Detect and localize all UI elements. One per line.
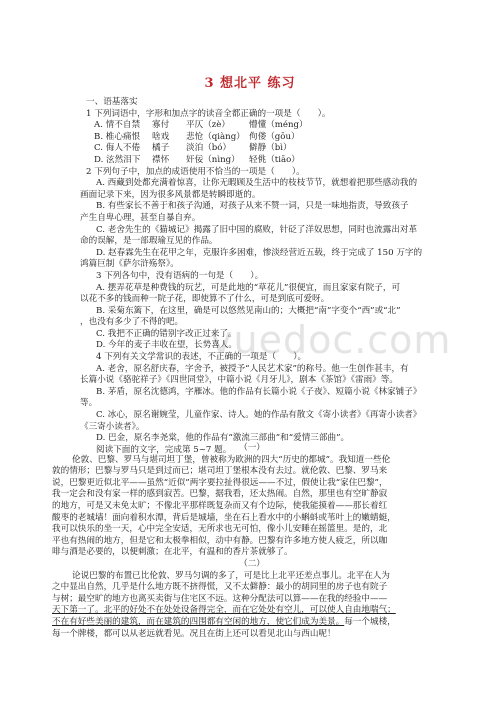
question-2-stem: 2 下列句子中，加点的成语使用不恰当的一项是（ ）。 bbox=[86, 167, 406, 179]
question-2-line: C. 老舍先生的《猫城记》揭露了旧中国的腐败，针砭了洋奴思想，同时也流露出对革 bbox=[86, 225, 406, 237]
passage-line: 伦敦、巴黎、罗马与堪司坦丁堡，曾被称为欧洲的四大“历史的都城”。我知道一些伦 bbox=[52, 455, 452, 467]
passage-part-2-label: （二） bbox=[52, 559, 452, 571]
question-3-line: B. 采菊东篱下，在这里，确是可以悠然见南山的；大概把“南”字变个“西”或“北” bbox=[86, 306, 406, 318]
question-2-line: 鸿篇巨制《萨尔浒殇祭》。 bbox=[80, 259, 406, 271]
question-2-line: 产生自卑心理，甚至自暴自弃。 bbox=[80, 213, 406, 225]
question-1-stem: 1 下列词语中，字形和加点字的读音全都正确的一项是（ ）。 bbox=[86, 109, 406, 121]
question-4-line: A. 老舍，原名舒庆春，字舍予，被授予“人民艺术家”的称号。他一生创作甚丰，有 bbox=[86, 364, 406, 376]
passage-line: 啡与酒是必要的，以便刺激；在北平，有温和的香片茶就够了。 bbox=[52, 547, 452, 559]
question-3-line: A. 摆弄花草是种费钱的玩艺，可是此地的“草花儿”很便宜，而且家家有院子，可 bbox=[86, 283, 406, 295]
page-title: 3 想北平 练习 bbox=[0, 72, 500, 91]
passage-line: 不在有好些美丽的建筑，而在建筑的四围都有空闲的地方，使它们成为美景。每一个城楼， bbox=[52, 617, 452, 629]
passage-part-1-label: （一） bbox=[52, 443, 452, 455]
passage-line: 平也有热闹的地方，但是它和太极拳相似，动中有静。巴黎有许多地方使人疲乏，所以咖 bbox=[52, 536, 452, 548]
passage-line: 说，巴黎更近似北平——虽然“近似”两字要拉扯得很远——不过，假使让我“家住巴黎”… bbox=[52, 478, 452, 490]
question-3-line: D. 今年的麦子丰收在望，长势喜人。 bbox=[86, 340, 406, 352]
question-4-line: 长篇小说《骆驼祥子》《四世同堂》，中篇小说《月牙儿》，剧本《茶馆》《雷雨》等。 bbox=[80, 375, 406, 387]
question-4-line: B. 茅盾，原名沈德鸿，字雁冰。他的作品有长篇小说《子夜》、短篇小说《林家铺子》 bbox=[86, 387, 406, 399]
passage-line: 我一定会和没有家一样的感到寂苦。巴黎，据我看，还太热闹。自然，那里也有空旷静寂 bbox=[52, 489, 452, 501]
question-3-stem: 3 下列各句中，没有语病的一句是（ ）。 bbox=[86, 271, 406, 283]
question-3-line: C. 我把不正确的错别字改正过来了。 bbox=[86, 329, 406, 341]
question-2-line: 命的误解，是一部瑕瑜互见的作品。 bbox=[80, 236, 406, 248]
document-page: vuedoc.com 3 想北平 练习 一、语基落实 1 下列词语中，字形和加点… bbox=[0, 0, 500, 708]
question-2-line: D. 赵春霖先生在花甲之年，克服许多困难，惨淡经营近五载，终于完成了 150 万… bbox=[86, 248, 406, 260]
question-2-line: B. 有些家长不善于和孩子沟通，对孩子从来不赞一词，只是一味地指责，导致孩子 bbox=[86, 201, 406, 213]
passage-line: 论说巴黎的布置已比伦敦、罗马匀调的多了，可是比上北平还差点事儿。北平在人为 bbox=[52, 571, 452, 583]
passage-line: 之中显出自然，几乎是什么地方既不挤得慌，又不太僻静：最小的胡同里的房子也有院子 bbox=[52, 582, 452, 594]
passage-line: 每一个牌楼，都可以从老远就看见。况且在街上还可以看见北山与西山呢！ bbox=[52, 629, 452, 641]
question-2-line: A. 西藏到处都充满着惊喜，让你无暇顾及生活中的枝枝节节，就想着把那些感动我的 bbox=[86, 178, 406, 190]
question-4-line: C. 冰心，原名谢婉莹，儿童作家、诗人。她的作品有散文《寄小读者》《再寄小读者》 bbox=[86, 410, 406, 422]
question-2-line: 画面记录下来，因为很多风景都是转瞬即逝的。 bbox=[80, 190, 406, 202]
question-4-line: 《三寄小读者》。 bbox=[80, 422, 406, 434]
question-1-option-d: D. 泫然泪下 襟怀 奸佞（nìng） 轻佻（tiāo） bbox=[86, 155, 406, 167]
question-3-line: ，也没有多少了不得的吧。 bbox=[80, 317, 406, 329]
question-3-line: 以花不多的钱而种一院子花，即使算不了什么，可是到底可爱呀。 bbox=[80, 294, 406, 306]
exercise-section: 一、语基落实 1 下列词语中，字形和加点字的读音全都正确的一项是（ ）。 A. … bbox=[86, 97, 406, 456]
passage-underlined-segment: 不在有好些美丽的建筑，而在建筑的四围都有空闲的地方，使它们成为美景。 bbox=[52, 617, 344, 627]
section-heading: 一、语基落实 bbox=[86, 97, 406, 109]
passage-line: 酸枣的老城墙！面向着积水潭，背后是城墙，坐在石上看水中的小蝌蚪或苇叶上的嫩蜻蜓， bbox=[52, 513, 452, 525]
passage-underlined-line: 天下第一了。北平的好处不在处处设备得完全，而在它处处有空儿，可以使人自由地喘气； bbox=[52, 605, 452, 617]
question-4-line: 等。 bbox=[80, 398, 406, 410]
question-4-stem: 4 下列有关文学常识的表述，不正确的一项是（ ）。 bbox=[86, 352, 406, 364]
passage-segment: 每一个城楼， bbox=[344, 617, 396, 627]
reading-passage: （一） 伦敦、巴黎、罗马与堪司坦丁堡，曾被称为欧洲的四大“历史的都城”。我知道一… bbox=[52, 443, 452, 640]
question-1-option-b: B. 椎心痛恨 啥戏 悲怆（qiàng） 佝偻（gōu） bbox=[86, 132, 406, 144]
passage-line: 我可以快乐的坐一天，心中完全安适，无所求也无可怕，像小儿安睡在摇篮里。是的，北 bbox=[52, 524, 452, 536]
question-1-option-a: A. 情不自禁 寡付 平仄（zè） 懵懂（méng） bbox=[86, 120, 406, 132]
passage-line: 与树；最空旷的地方也离买卖街与住宅区不远。这种分配法可以算——在我的经验中—— bbox=[52, 594, 452, 606]
question-1-option-c: C. 侮人不倦 橘子 淡泊（bó） 僻静（bì） bbox=[86, 143, 406, 155]
passage-line: 的地方，可是又未免太旷；不像北平那样既复杂而又有个边际，使我能摸着——那长着红 bbox=[52, 501, 452, 513]
passage-line: 敦的情形；巴黎与罗马只是到过而已；堪司坦丁堡根本没有去过。就伦敦、巴黎、罗马来 bbox=[52, 466, 452, 478]
